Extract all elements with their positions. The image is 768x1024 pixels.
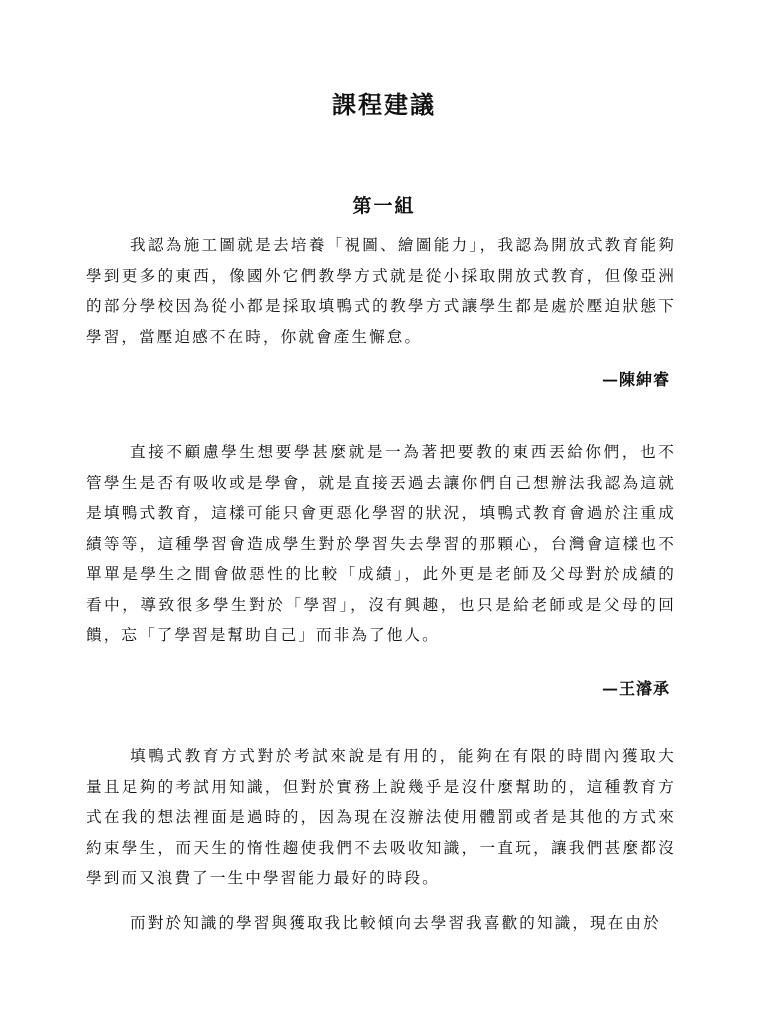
section-2-paragraph: 直接不顧慮學生想要學甚麼就是一為著把要教的東西丟給你們，也不管學生是否有吸收或是… bbox=[86, 437, 676, 651]
section-2-signature: —王濬承 bbox=[602, 676, 670, 702]
section-1-signature: —陳紳睿 bbox=[602, 367, 670, 393]
document-title: 課程建議 bbox=[0, 88, 768, 122]
section-3-paragraph-2: 而對於知識的學習與獲取我比較傾向去學習我喜歡的知識，現在由於 bbox=[86, 908, 676, 939]
section-3-paragraph-1: 填鴨式教育方式對於考試來說是有用的，能夠在有限的時間內獲取大量且足夠的考試用知識… bbox=[86, 741, 676, 894]
document-page: 課程建議 第一組 我認為施工圖就是去培養「視圖、繪圖能力」，我認為開放式教育能夠… bbox=[0, 0, 768, 1024]
group-title: 第一組 bbox=[0, 192, 768, 220]
section-1-paragraph: 我認為施工圖就是去培養「視圖、繪圖能力」，我認為開放式教育能夠學到更多的東西，像… bbox=[86, 230, 676, 352]
